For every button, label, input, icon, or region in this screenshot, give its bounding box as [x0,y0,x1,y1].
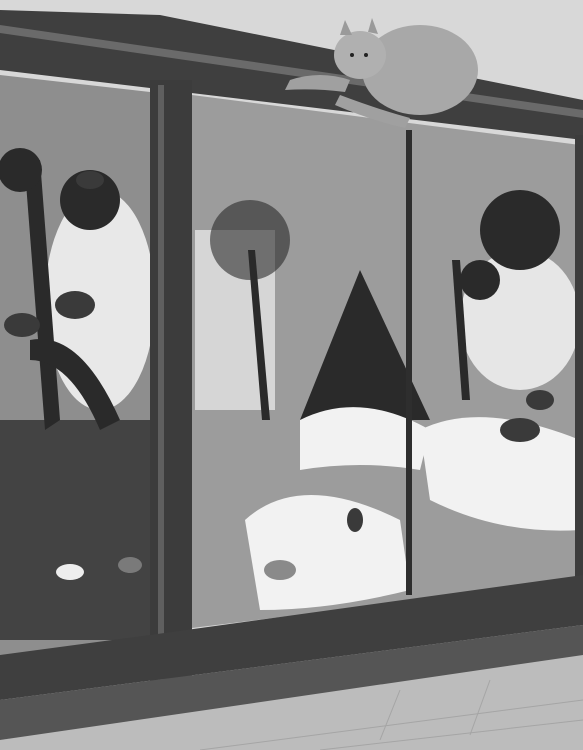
quail [118,557,142,573]
museum-diorama-photo [0,0,583,750]
frame-post-right [575,135,583,595]
frame-post-left [150,80,192,695]
white-dove [56,564,84,580]
diorama-illustration [0,0,583,750]
support-pole [406,130,412,595]
frame-post-left-highlight [158,85,164,685]
dove-2 [4,313,40,337]
grouse-1 [500,418,540,442]
grouse-2 [526,390,554,410]
partridge [264,560,296,580]
bird-small [76,171,104,189]
dove-1 [55,291,95,319]
grouse-3 [347,508,363,532]
